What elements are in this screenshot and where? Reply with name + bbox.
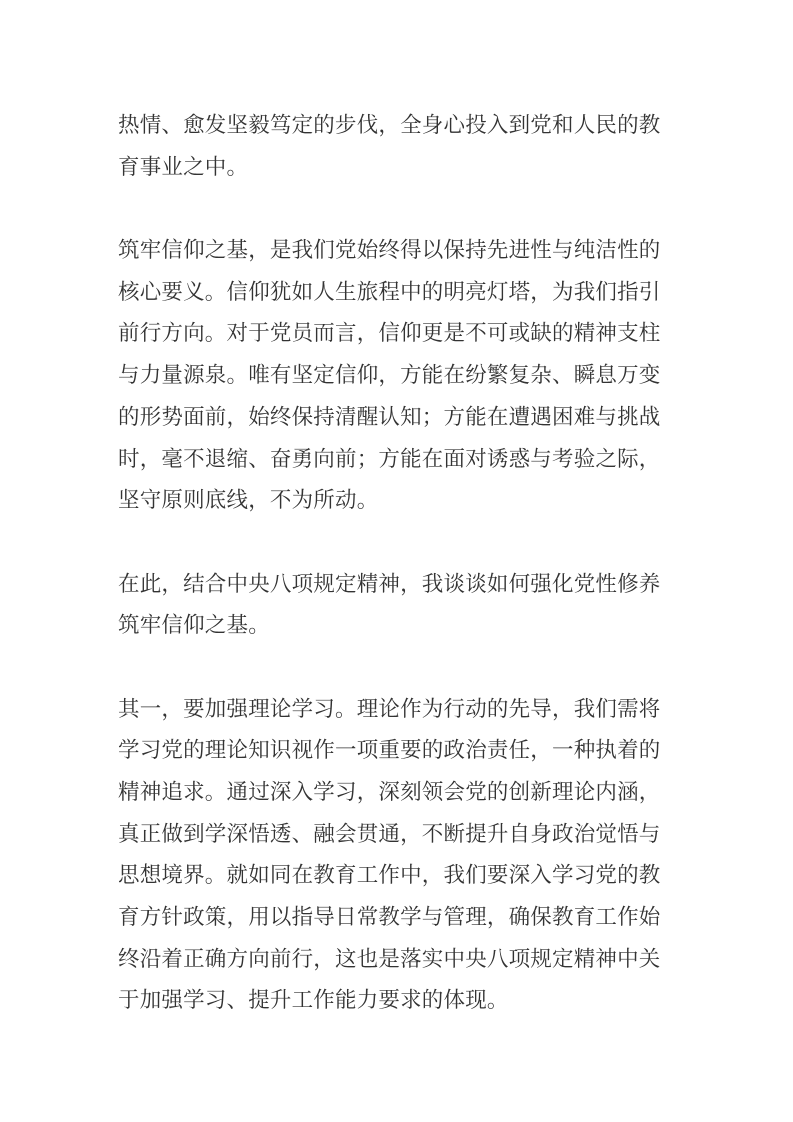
paragraph: 热情、愈发坚毅笃定的步伐，全身心投入到党和人民的教育事业之中。 bbox=[118, 105, 681, 188]
text-line: 其一，要加强理论学习。理论作为行动的先导，我们需将 bbox=[118, 689, 681, 731]
text-line: 学习党的理论知识视作一项重要的政治责任，一种执着的 bbox=[118, 730, 681, 772]
text-line: 的形势面前，始终保持清醒认知；方能在遭遇困难与挑战 bbox=[118, 397, 681, 439]
paragraph: 在此，结合中央八项规定精神，我谈谈如何强化党性修养筑牢信仰之基。 bbox=[118, 564, 681, 647]
text-line: 坚守原则底线，不为所动。 bbox=[118, 480, 681, 522]
text-line: 筑牢信仰之基，是我们党始终得以保持先进性与纯洁性的 bbox=[118, 230, 681, 272]
text-line: 在此，结合中央八项规定精神，我谈谈如何强化党性修养 bbox=[118, 564, 681, 606]
text-line: 时，毫不退缩、奋勇向前；方能在面对诱惑与考验之际， bbox=[118, 439, 681, 481]
document-page: 热情、愈发坚毅笃定的步伐，全身心投入到党和人民的教育事业之中。筑牢信仰之基，是我… bbox=[0, 0, 793, 1122]
text-line: 精神追求。通过深入学习，深刻领会党的创新理论内涵， bbox=[118, 772, 681, 814]
paragraph: 筑牢信仰之基，是我们党始终得以保持先进性与纯洁性的核心要义。信仰犹如人生旅程中的… bbox=[118, 230, 681, 522]
text-line: 与力量源泉。唯有坚定信仰，方能在纷繁复杂、瞬息万变 bbox=[118, 355, 681, 397]
text-line: 核心要义。信仰犹如人生旅程中的明亮灯塔，为我们指引 bbox=[118, 272, 681, 314]
text-line: 于加强学习、提升工作能力要求的体现。 bbox=[118, 980, 681, 1022]
text-line: 育事业之中。 bbox=[118, 147, 681, 189]
text-line: 前行方向。对于党员而言，信仰更是不可或缺的精神支柱 bbox=[118, 313, 681, 355]
text-line: 思想境界。就如同在教育工作中，我们要深入学习党的教 bbox=[118, 855, 681, 897]
text-line: 终沿着正确方向前行，这也是落实中央八项规定精神中关 bbox=[118, 939, 681, 981]
text-line: 热情、愈发坚毅笃定的步伐，全身心投入到党和人民的教 bbox=[118, 105, 681, 147]
document-body: 热情、愈发坚毅笃定的步伐，全身心投入到党和人民的教育事业之中。筑牢信仰之基，是我… bbox=[118, 105, 681, 1022]
text-line: 真正做到学深悟透、融会贯通，不断提升自身政治觉悟与 bbox=[118, 814, 681, 856]
paragraph: 其一，要加强理论学习。理论作为行动的先导，我们需将学习党的理论知识视作一项重要的… bbox=[118, 689, 681, 1023]
text-line: 育方针政策，用以指导日常教学与管理，确保教育工作始 bbox=[118, 897, 681, 939]
text-line: 筑牢信仰之基。 bbox=[118, 605, 681, 647]
